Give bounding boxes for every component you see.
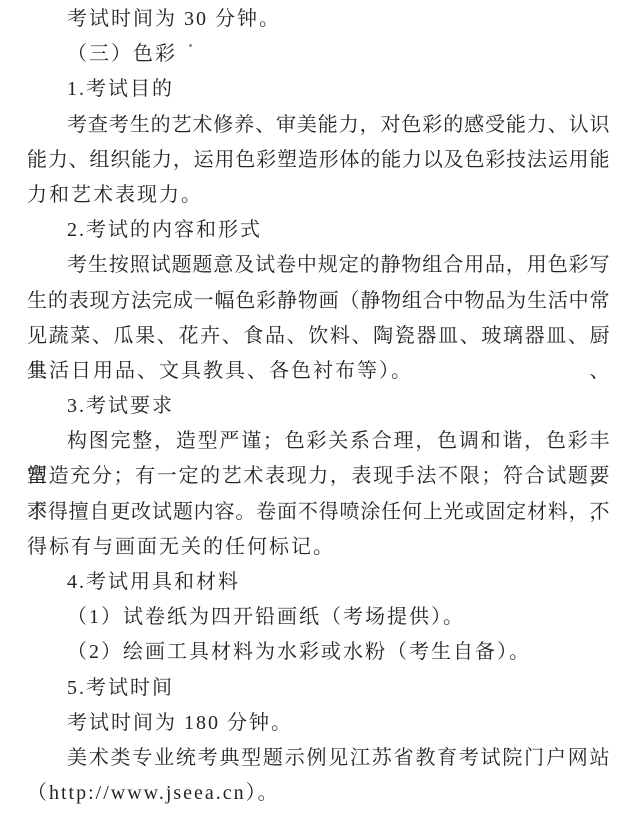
text-line: 考查考生的艺术修养、审美能力，对色彩的感受能力、认识 xyxy=(27,108,610,143)
text-line: （http://www.jseea.cn）。 xyxy=(27,776,610,811)
text-line: 构图完整，造型严谨；色彩关系合理，色调和谐，色彩丰富， xyxy=(27,424,610,459)
text-line: 考试时间为 180 分钟。 xyxy=(27,706,610,741)
text-line: 考生按照试题题意及试卷中规定的静物组合用品，用色彩写 xyxy=(27,248,610,283)
text-line: 1.考试目的 xyxy=(27,72,610,107)
text-line: 能力、组织能力，运用色彩塑造形体的能力以及色彩技法运用能 xyxy=(27,143,610,178)
text-line: 得标有与画面无关的任何标记。 xyxy=(27,530,610,565)
text-line: 不得擅自更改试题内容。卷面不得喷涂任何上光或固定材料，不 xyxy=(27,495,610,530)
text-line: 考试时间为 30 分钟。 xyxy=(27,2,610,37)
text-line: 塑造充分；有一定的艺术表现力，表现手法不限；符合试题要求， xyxy=(27,459,610,494)
text-line: （1）试卷纸为四开铅画纸（考场提供）。 xyxy=(27,600,610,635)
text-line: 见蔬菜、瓜果、花卉、食品、饮料、陶瓷器皿、玻璃器皿、厨具、 xyxy=(27,319,610,354)
text-line: 2.考试的内容和形式 xyxy=(27,213,610,248)
document-page: 考试时间为 30 分钟。（三）色彩1.考试目的考查考生的艺术修养、审美能力，对色… xyxy=(0,0,640,831)
text-line: 力和艺术表现力。 xyxy=(27,178,610,213)
text-line: 3.考试要求 xyxy=(27,389,610,424)
text-line: 美术类专业统考典型题示例见江苏省教育考试院门户网站 xyxy=(27,741,610,776)
text-line: 5.考试时间 xyxy=(27,671,610,706)
document-text-block: 考试时间为 30 分钟。（三）色彩1.考试目的考查考生的艺术修养、审美能力，对色… xyxy=(27,2,610,811)
text-line: 生的表现方法完成一幅色彩静物画（静物组合中物品为生活中常 xyxy=(27,284,610,319)
text-line: （三）色彩 xyxy=(27,37,610,72)
text-line: 4.考试用具和材料 xyxy=(27,565,610,600)
scan-speck-artifact xyxy=(189,44,192,47)
text-line: （2）绘画工具材料为水彩或水粉（考生自备）。 xyxy=(27,635,610,670)
